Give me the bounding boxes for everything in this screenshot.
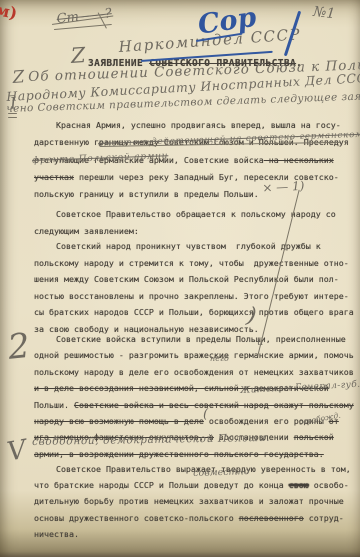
handwritten-insert-sovmestno: совместно <box>193 466 250 479</box>
red-corner-mark: м) <box>0 0 19 23</box>
scanned-document-page: м)Ст——?Сор№1ZНаркоминдел СССРЗАЯВЛЕНИЕ С… <box>0 0 360 557</box>
insertion-mark-z1: Z <box>70 43 86 68</box>
page-number-handwritten: №1 <box>312 4 336 22</box>
handwritten-paren-open: ( <box>203 407 208 422</box>
handwritten-insert-nego: него <box>210 354 229 363</box>
margin-mark-2: 2 <box>6 326 32 368</box>
margin-mark-V: V <box>5 435 29 468</box>
insertion-mark-z2: Z <box>12 67 25 88</box>
margin-I-dash-2 <box>8 117 17 118</box>
typed-paragraph-3: Советский народ проникнут чувством глубо… <box>34 238 354 338</box>
